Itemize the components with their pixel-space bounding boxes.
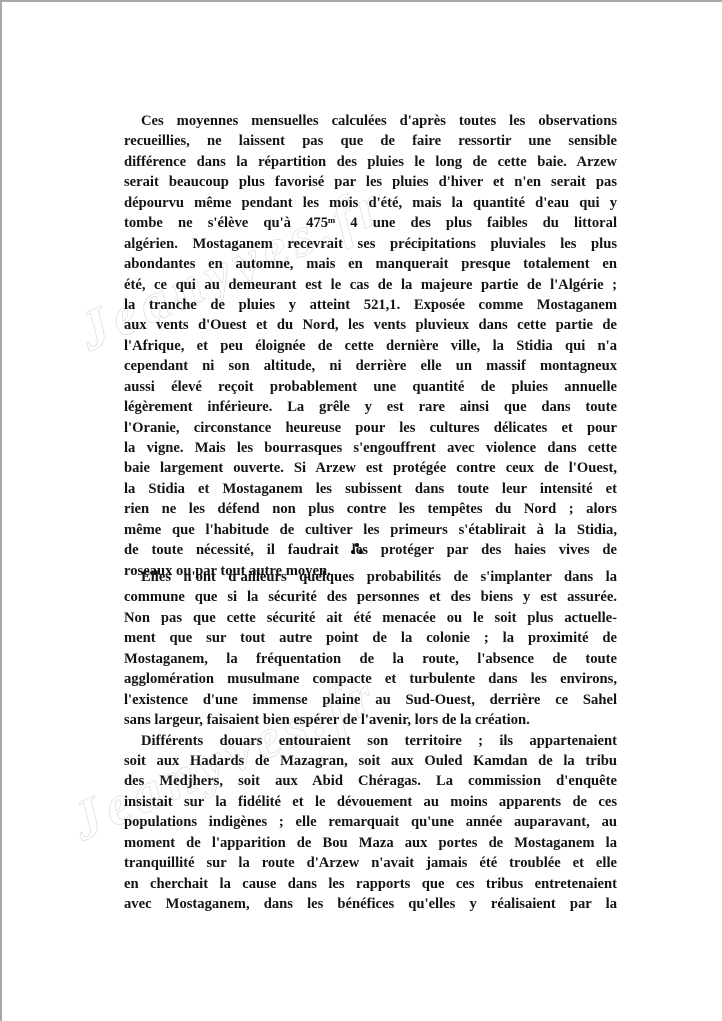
text-line: Différents douars entouraient son territ… <box>124 731 617 751</box>
text-line: même que l'habitude de cultiver les prim… <box>124 520 617 540</box>
text-line: l'existence d'une immense plaine au Sud-… <box>124 690 617 710</box>
text-line: rien ne les défend non plus contre les t… <box>124 499 617 519</box>
text-line: Non pas que cette sécurité ait été menac… <box>124 608 617 628</box>
text-line: l'Oranie, circonstance heureuse pour les… <box>124 418 617 438</box>
text-line: différence dans la répartition des pluie… <box>124 152 617 172</box>
text-line: tranquillité sur la route d'Arzew n'avai… <box>124 853 617 873</box>
text-line: tombe ne s'élève qu'à 475ᵐ 4 une des plu… <box>124 213 617 233</box>
text-line: serait beaucoup plus favorisé par les pl… <box>124 172 617 192</box>
text-line: de toute nécessité, il faudrait les prot… <box>124 540 617 560</box>
section-2-text: Elles n'ont d'ailleurs quelques probabil… <box>124 567 617 914</box>
text-line: soit aux Hadards de Mazagran, soit aux O… <box>124 751 617 771</box>
text-line: en cherchait la cause dans les rapports … <box>124 874 617 894</box>
text-line: aussi élevé reçoit probablement une quan… <box>124 377 617 397</box>
text-line: algérien. Mostaganem recevrait ses préci… <box>124 234 617 254</box>
text-line: légèrement inférieure. La grêle y est ra… <box>124 397 617 417</box>
text-line: la tranche de pluies y atteint 521,1. Ex… <box>124 295 617 315</box>
text-line: la vigne. Mais les bourrasques s'engouff… <box>124 438 617 458</box>
text-line: Ces moyennes mensuelles calculées d'aprè… <box>124 111 617 131</box>
text-line: agglomération musulmane compacte et turb… <box>124 669 617 689</box>
text-line: cependant ni son altitude, ni derrière e… <box>124 356 617 376</box>
text-line: dépourvu même pendant les mois d'été, ma… <box>124 193 617 213</box>
text-line: sans largeur, faisaient bien espérer de … <box>124 710 617 730</box>
text-line: aux vents d'Ouest et du Nord, les vents … <box>124 315 617 335</box>
text-line: ment que sur tout autre point de la colo… <box>124 628 617 648</box>
text-line: populations indigènes ; elle remarquait … <box>124 812 617 832</box>
text-line: Elles n'ont d'ailleurs quelques probabil… <box>124 567 617 587</box>
asterism-separator-icon <box>349 542 365 558</box>
text-line: moment de l'apparition de Bou Maza aux p… <box>124 833 617 853</box>
text-line: insistait sur la fidélité et le dévoueme… <box>124 792 617 812</box>
text-line: recueillies, ne laissent pas que de fair… <box>124 131 617 151</box>
text-line: abondantes en automne, mais en manquerai… <box>124 254 617 274</box>
text-line: des Medjhers, soit aux Abid Chéragas. La… <box>124 771 617 791</box>
text-line: avec Mostaganem, dans les bénéfices qu'e… <box>124 894 617 914</box>
text-line: l'Afrique, et peu éloignée de cette dern… <box>124 336 617 356</box>
text-line: été, ce qui au demeurant est le cas de l… <box>124 275 617 295</box>
text-line: Mostaganem, la fréquentation de la route… <box>124 649 617 669</box>
text-line: la Stidia et Mostaganem les subissent da… <box>124 479 617 499</box>
section-1-text: Ces moyennes mensuelles calculées d'aprè… <box>124 111 617 581</box>
text-line: baie largement ouverte. Si Arzew est pro… <box>124 458 617 478</box>
text-line: commune que si la sécurité des personnes… <box>124 587 617 607</box>
